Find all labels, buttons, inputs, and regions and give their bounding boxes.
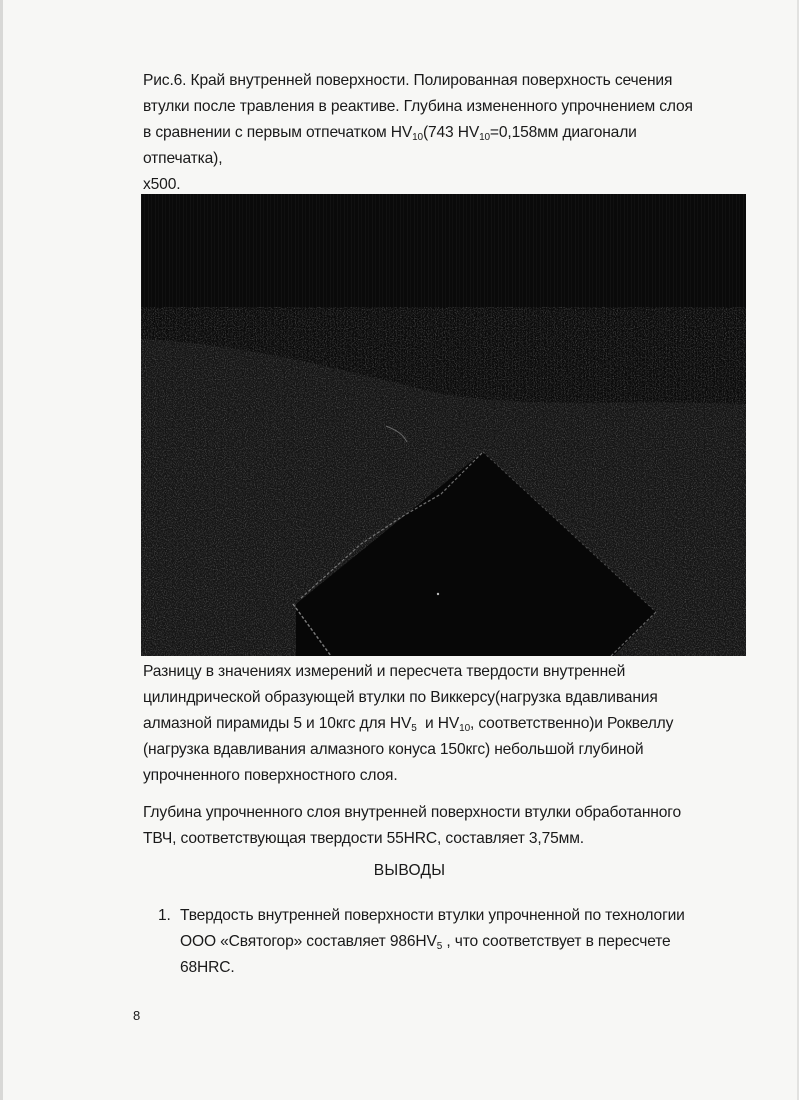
caption-line: отпечатка),	[143, 146, 743, 172]
list-number: 1.	[158, 903, 171, 929]
text: , соответственно)и Роквеллу	[470, 715, 673, 732]
conclusion-item: 1. Твердость внутренней поверхности втул…	[158, 903, 758, 981]
subscript: 10	[479, 132, 490, 143]
caption-text: =0,158мм диагонали	[490, 124, 637, 141]
scan-edge-left	[0, 0, 3, 1100]
figure-caption: Рис.6. Край внутренней поверхности. Поли…	[143, 68, 743, 198]
subscript: 10	[412, 132, 423, 143]
text-line: Твердость внутренней поверхности втулки …	[180, 903, 758, 929]
document-page: Рис.6. Край внутренней поверхности. Поли…	[0, 0, 799, 1100]
text-line: Разницу в значениях измерений и пересчет…	[143, 659, 743, 685]
text-line: ООО «Святогор» составляет 986HV5 , что с…	[180, 929, 758, 955]
text: алмазной пирамиды 5 и 10кгс для HV	[143, 715, 411, 732]
conclusion-text: Твердость внутренней поверхности втулки …	[180, 903, 758, 981]
text-line: упрочненного поверхностного слоя.	[143, 763, 743, 789]
caption-line: Рис.6. Край внутренней поверхности. Поли…	[143, 68, 743, 94]
paragraph-hardness-difference: Разницу в значениях измерений и пересчет…	[143, 659, 743, 789]
conclusions-heading: ВЫВОДЫ	[0, 862, 799, 880]
caption-line: в сравнении с первым отпечатком HV10(743…	[143, 120, 743, 146]
micrograph-image	[141, 194, 746, 656]
caption-text: в сравнении с первым отпечатком HV	[143, 124, 412, 141]
text-line: Глубина упрочненного слоя внутренней пов…	[143, 800, 743, 826]
text-line: 68HRC.	[180, 955, 758, 981]
text: ООО «Святогор» составляет 986HV	[180, 933, 437, 950]
micrograph-drawing	[141, 194, 746, 656]
text-line: ТВЧ, соответствующая твердости 55HRC, со…	[143, 826, 743, 852]
text: и HV	[417, 715, 459, 732]
page-number: 8	[133, 1008, 140, 1023]
paragraph-layer-depth: Глубина упрочненного слоя внутренней пов…	[143, 800, 743, 852]
text-line: (нагрузка вдавливания алмазного конуса 1…	[143, 737, 743, 763]
text: , что соответствует в пересчете	[442, 933, 670, 950]
caption-text: (743 HV	[423, 124, 479, 141]
subscript: 10	[459, 723, 470, 734]
text-line: цилиндрической образующей втулки по Викк…	[143, 685, 743, 711]
text-line: алмазной пирамиды 5 и 10кгс для HV5 и HV…	[143, 711, 743, 737]
caption-line: втулки после травления в реактиве. Глуби…	[143, 94, 743, 120]
